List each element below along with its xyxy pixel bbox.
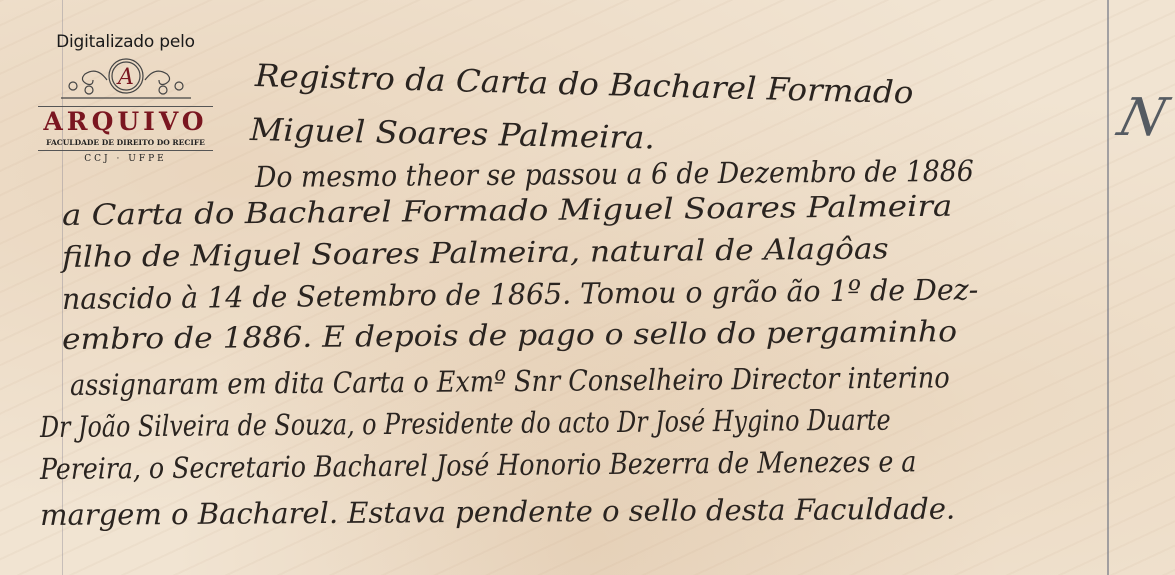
- logo-caption: Digitalizado pelo: [38, 32, 213, 52]
- manuscript-page: N Digitalizado pelo A ARQUIVO FACULDADE …: [0, 0, 1175, 575]
- logo-institution: CCJ · UFPE: [38, 154, 213, 164]
- body-line-3: filho de Miguel Soares Palmeira, natural…: [62, 231, 889, 274]
- logo-title: ARQUIVO: [38, 106, 213, 134]
- body-line-7: Dr João Silveira de Souza, o Presidente …: [40, 403, 891, 444]
- body-line-9: margem o Bacharel. Estava pendente o sel…: [40, 492, 955, 532]
- body-line-8: Pereira, o Secretario Bacharel José Hono…: [40, 444, 917, 486]
- body-line-5: embro de 1886. E depois de pago o sello …: [62, 314, 957, 356]
- svg-text:A: A: [116, 65, 134, 90]
- body-line-1: Do mesmo theor se passou a 6 de Dezembro…: [255, 154, 974, 194]
- body-line-4: nascido à 14 de Setembro de 1865. Tomou …: [62, 272, 979, 316]
- archive-logo: Digitalizado pelo A ARQUIVO FACULDADE DE…: [38, 32, 213, 164]
- heading-line-2: Miguel Soares Palmeira.: [250, 112, 656, 156]
- right-margin-rule: [1107, 0, 1109, 575]
- body-line-6: assignaram em dita Carta o Exmº Snr Cons…: [70, 360, 950, 402]
- body-line-2: a Carta do Bacharel Formado Miguel Soare…: [62, 189, 953, 232]
- logo-subtitle: FACULDADE DE DIREITO DO RECIFE: [38, 138, 213, 151]
- margin-annotation: N: [1113, 92, 1172, 144]
- logo-emblem-icon: A: [38, 54, 213, 104]
- heading-line-1: Registro da Carta do Bacharel Formado: [255, 58, 914, 111]
